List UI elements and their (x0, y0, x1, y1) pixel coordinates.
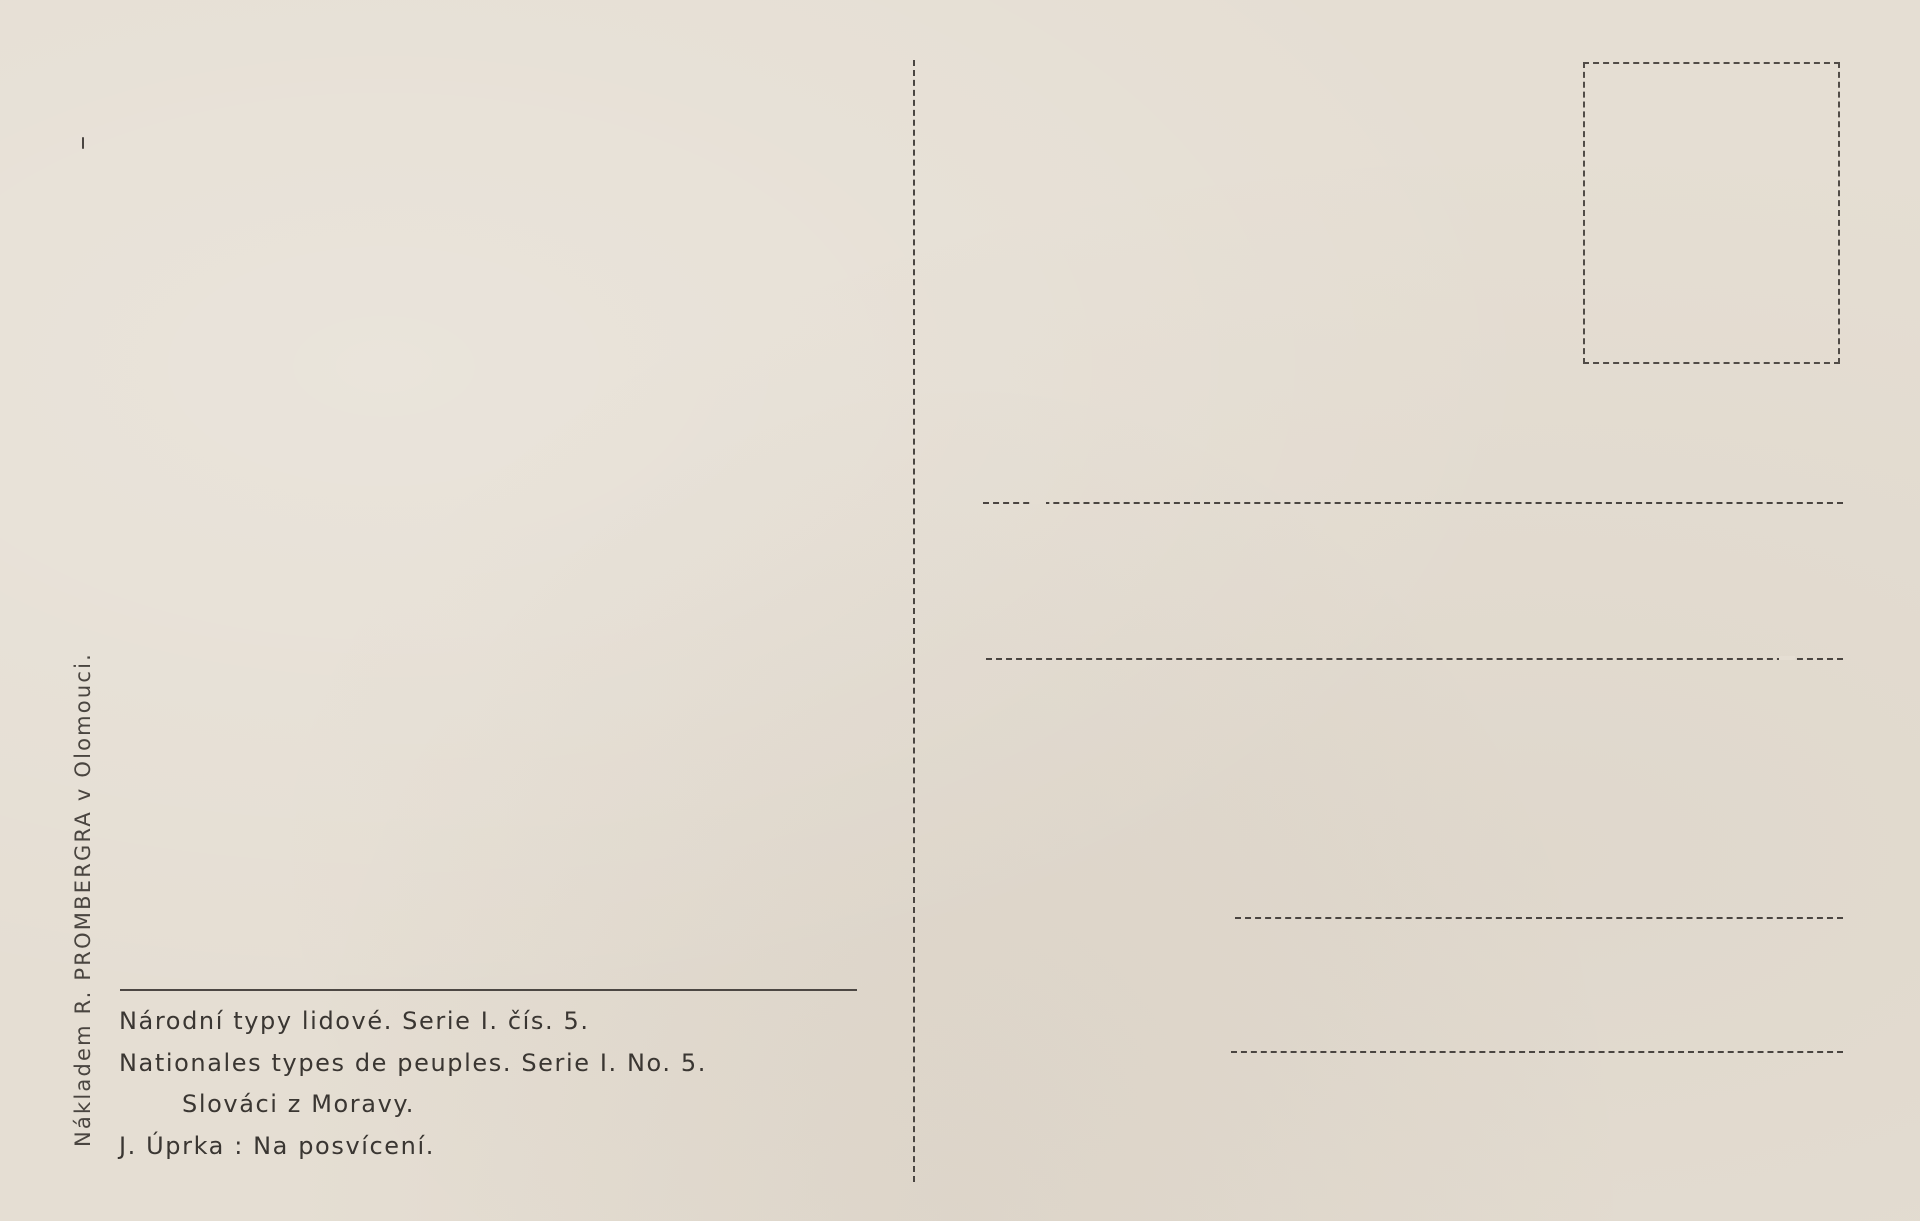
address-line-3 (1235, 917, 1843, 919)
postcard-back: Nákladem R. PROMBERGRA v Olomouci. Národ… (0, 0, 1920, 1221)
caption-title-french: Nationales types de peuples. Serie I. No… (119, 1046, 707, 1088)
paper-speck (82, 137, 84, 149)
stamp-box (1583, 62, 1840, 364)
address-line-4 (1231, 1051, 1843, 1053)
address-line-1 (983, 502, 1843, 504)
address-line-2-gap (1779, 656, 1795, 660)
message-address-divider (913, 60, 915, 1182)
address-line-2 (986, 658, 1843, 660)
publisher-imprint: Nákladem R. PROMBERGRA v Olomouci. (70, 652, 96, 1147)
caption-subject: Slováci z Moravy. (119, 1087, 707, 1129)
caption-rule (120, 989, 857, 991)
address-line-1-gap (1031, 500, 1046, 504)
caption-artist-work: J. Úprka : Na posvícení. (119, 1129, 707, 1171)
caption-block: Národní typy lidové. Serie I. čís. 5. Na… (119, 1004, 707, 1170)
caption-title-czech: Národní typy lidové. Serie I. čís. 5. (119, 1004, 707, 1046)
